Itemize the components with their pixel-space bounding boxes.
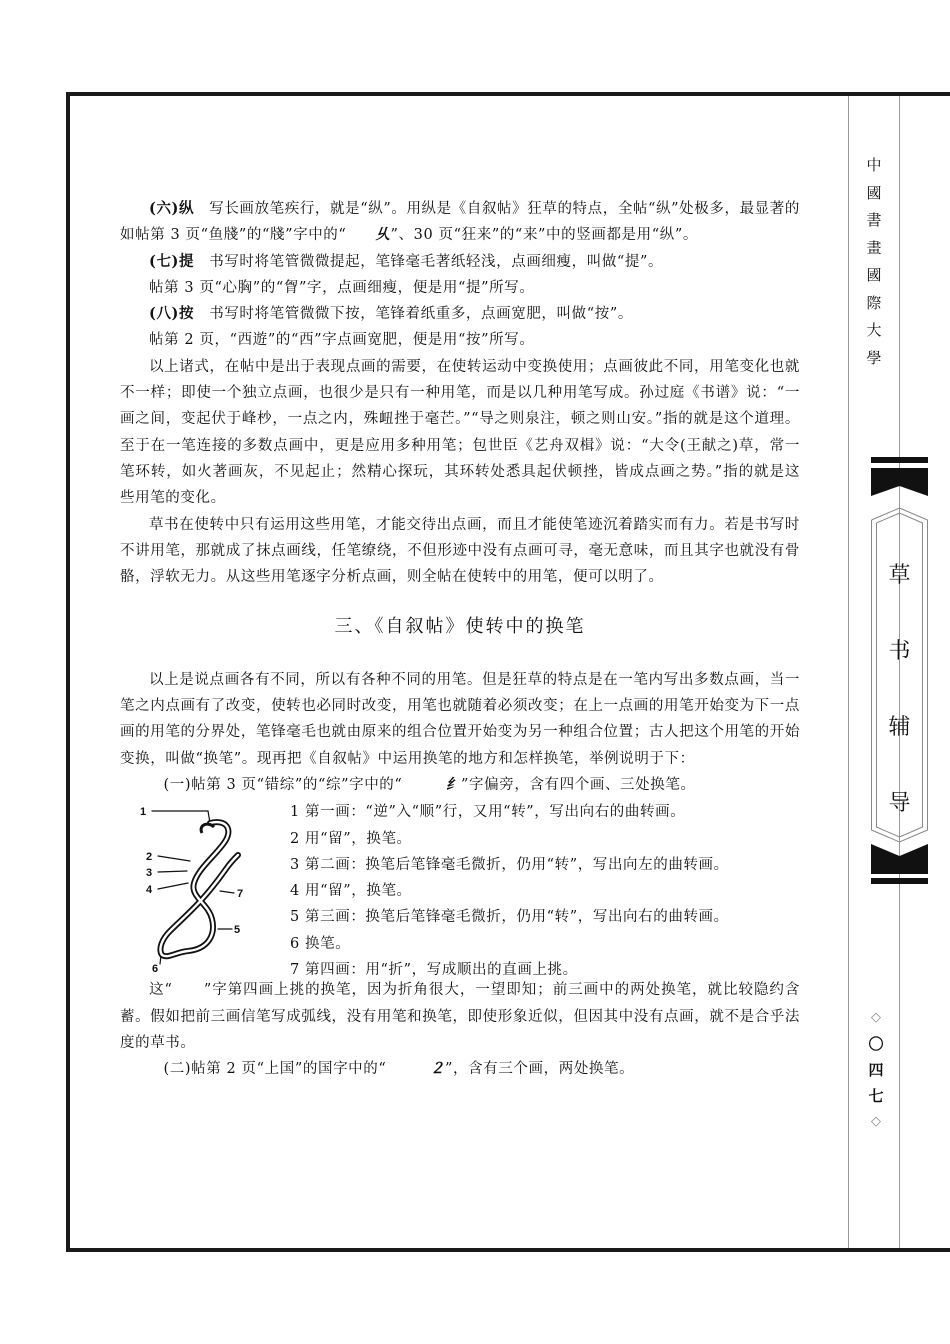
term-heading: (七)提	[149, 253, 194, 270]
step-item: 3 第二画：换笔后笔锋毫毛微折，仍用“转”，写出向左的曲转画。	[290, 852, 729, 878]
figure-label: 6	[152, 963, 159, 975]
paragraph-an: (八)按 书写时将笔管微微下按，笔锋着纸重多，点画宽肥，叫做“按”。	[120, 301, 800, 327]
paragraph-ti-example: 帖第 3 页“心胸”的“胷”字，点画细瘦，便是用“提”所写。	[120, 275, 800, 301]
stroke-steps-list: 1 第一画：“逆”入“顺”行，又用“转”，写出向右的曲转画。 2 用“留”，换笔…	[290, 799, 729, 983]
step-item: 7 第四画：用“折”，写成顺出的直画上挑。	[290, 957, 729, 983]
stroke-diagram-figure: 1 2 3 4 5 6 7	[138, 799, 268, 977]
cursive-glyph: ２	[386, 1056, 445, 1082]
figure-label: 2	[146, 851, 153, 863]
cursive-glyph: 纟	[402, 772, 461, 798]
figure-label: 7	[237, 888, 244, 900]
page-body: (六)纵 写长画放笔疾行，就是“纵”。用纵是《自叙帖》狂草的特点，全帖“纵”处极…	[120, 196, 800, 1082]
paragraph-analysis: 这“ ”字第四画上挑的换笔，因为折角很大，一望即知；前三画中的两处换笔，就比较隐…	[120, 977, 800, 1056]
section-title: 三、《自叙帖》使转中的换笔	[120, 614, 800, 640]
paragraph-example-1: (一)帖第 3 页“错综”的“综”字中的“纟”字偏旁，含有四个画、三处换笔。	[120, 772, 800, 798]
figure-label: 1	[140, 806, 147, 818]
page-frame-top-border	[67, 92, 950, 96]
paragraph-conclusion: 草书在使转中只有运用这些用笔，才能交待出点画，而且才能使笔迹沉着踏实而有力。若是…	[120, 512, 800, 591]
page-number-vertical: ◇ 〇 四 七 ◇	[860, 1005, 892, 1135]
paragraph-ti: (七)提 书写时将笔管微微提起，笔锋毫毛著纸轻浅，点画细瘦，叫做“提”。	[120, 249, 800, 275]
banner-bar-top	[871, 457, 928, 463]
paragraph-huanbi-intro: 以上是说点画各有不同，所以有各种不同的用笔。但是狂草的特点是在一笔内写出多数点画…	[120, 667, 800, 772]
banner-bar-bottom	[871, 878, 928, 884]
school-name-vertical: 中 國 書 畫 國 際 大 學	[858, 152, 890, 372]
page-frame-bottom-border	[66, 1248, 950, 1252]
diamond-icon: ◇	[860, 1109, 892, 1135]
step-item: 2 用“留”，换笔。	[290, 826, 729, 852]
sidebar-rule-left	[848, 96, 849, 1248]
term-heading: (六)纵	[149, 200, 194, 217]
paragraph-example-2: (二)帖第 2 页“上国”的国字中的“２”，含有三个画，两处换笔。	[120, 1056, 800, 1082]
figure-label: 5	[234, 924, 241, 936]
banner-chevron-bottom	[871, 844, 928, 874]
step-item: 4 用“留”，换笔。	[290, 878, 729, 904]
paragraph-summary: 以上诸式，在帖中是出于表现点画的需要，在使转运动中变换使用；点画彼此不同，用笔变…	[120, 354, 800, 512]
paragraph-an-example: 帖第 2 页，“西遊”的“西”字点画宽肥，便是用“按”所写。	[120, 327, 800, 353]
banner-title-vertical: 草 书 辅 导	[871, 538, 928, 842]
step-item: 1 第一画：“逆”入“顺”行，又用“转”，写出向右的曲转画。	[290, 799, 729, 825]
step-item: 6 换笔。	[290, 931, 729, 957]
page-frame-left-border	[66, 92, 70, 1252]
step-item: 5 第三画：换笔后笔锋毫毛微折，仍用“转”，写出向右的曲转画。	[290, 904, 729, 930]
cursive-glyph: 乆	[346, 222, 390, 248]
figure-label: 3	[146, 867, 153, 879]
paragraph-zong: (六)纵 写长画放笔疾行，就是“纵”。用纵是《自叙帖》狂草的特点，全帖“纵”处极…	[120, 196, 800, 249]
term-heading: (八)按	[149, 305, 194, 322]
diamond-icon: ◇	[860, 1005, 892, 1031]
stroke-figure-block: 1 2 3 4 5 6 7 1 第一画：“逆”入“顺”行，又用“转”，写出向右的…	[120, 799, 800, 977]
figure-label: 4	[146, 884, 153, 896]
